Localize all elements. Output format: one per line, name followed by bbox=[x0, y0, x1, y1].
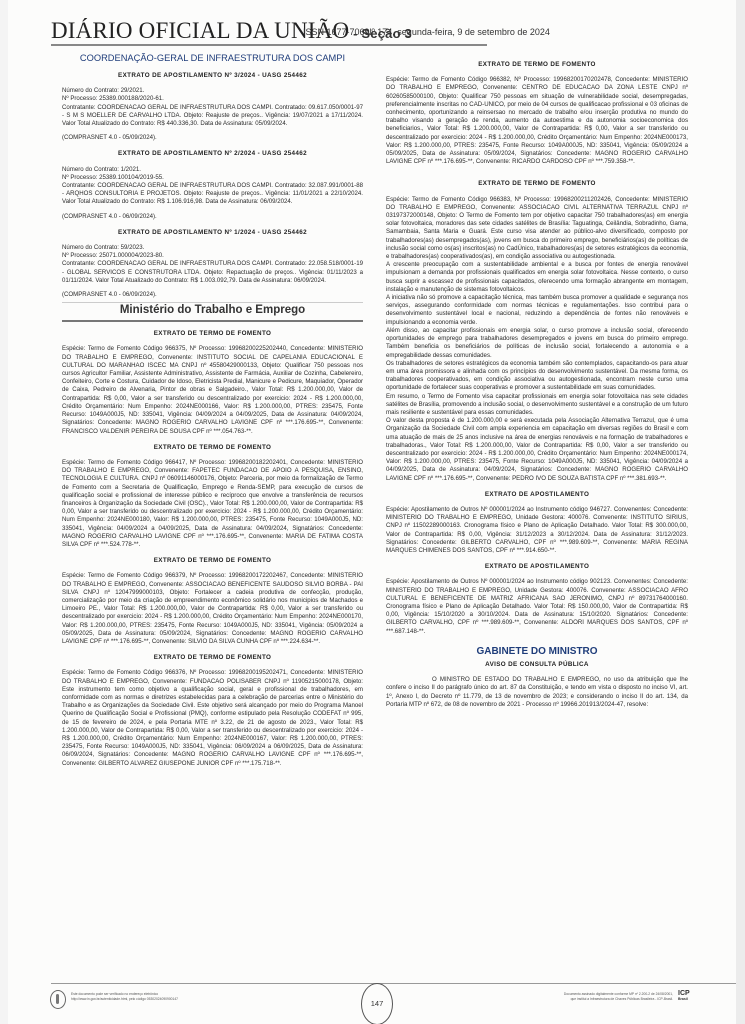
signature-note: Documento assinado digitalmente conforme… bbox=[483, 992, 673, 1002]
extract-title: EXTRATO DE TERMO DE FOMENTO bbox=[62, 654, 363, 662]
agency-heading: COORDENAÇÃO-GERAL DE INFRAESTRUTURA DOS … bbox=[62, 53, 363, 64]
extract-title: EXTRATO DE APOSTILAMENTO bbox=[386, 491, 688, 499]
contract-number: Número do Contrato: 59/2023. bbox=[62, 244, 363, 252]
extract-body: Contratante: COORDENACAO GERAL DE INFRAE… bbox=[62, 182, 363, 207]
signature-line-2: que institui a Infraestrutura de Chaves … bbox=[483, 997, 673, 1002]
extract-termo-fomento-966382: EXTRATO DE TERMO DE FOMENTO Espécie: Ter… bbox=[386, 61, 688, 166]
republic-emblem-icon bbox=[50, 990, 66, 1009]
extract-apostilamento-902123: EXTRATO DE APOSTILAMENTO Espécie: Aposti… bbox=[386, 563, 688, 636]
verification-link[interactable]: http://www.in.gov.br/autenticidade.html,… bbox=[71, 997, 178, 1002]
extract-title: EXTRATO DE APOSTILAMENTO Nº 1/2024 - UAS… bbox=[62, 229, 363, 237]
verification-note: Este documento pode ser verificado no en… bbox=[71, 992, 178, 1002]
gabinete-heading: GABINETE DO MINISTRO bbox=[386, 648, 688, 656]
document-page: DIÁRIO OFICIAL DA UNIÃO - Seção 3 ISSN 1… bbox=[8, 0, 736, 1024]
extract-paragraph: A crescente preocupação com a sustentabi… bbox=[386, 261, 688, 294]
page-number: 147 bbox=[361, 983, 393, 1024]
source-note: (COMPRASNET 4.0 - 06/09/2024). bbox=[62, 291, 363, 299]
extract-title: AVISO DE CONSULTA PÚBLICA bbox=[386, 661, 688, 669]
extract-title: EXTRATO DE TERMO DE FOMENTO bbox=[386, 180, 688, 188]
source-note: (COMPRASNET 4.0 - 05/09/2024). bbox=[62, 134, 363, 142]
issn: ISSN 1677-7069 bbox=[303, 27, 370, 37]
extract-body: Espécie: Termo de Fomento Código 966417,… bbox=[62, 459, 363, 549]
extract-body: Espécie: Termo de Fomento Código 966379,… bbox=[62, 572, 363, 646]
extract-termo-fomento-966376: EXTRATO DE TERMO DE FOMENTO Espécie: Ter… bbox=[62, 654, 363, 768]
extract-title: EXTRATO DE TERMO DE FOMENTO bbox=[62, 557, 363, 565]
icp-logo-top: ICP bbox=[678, 990, 690, 997]
ministry-heading: Ministério do Trabalho e Emprego bbox=[62, 302, 363, 322]
extract-paragraph: Os trabalhadores de setores estratégicos… bbox=[386, 360, 688, 393]
extract-body: Espécie: Apostilamento de Outros Nº 0000… bbox=[386, 506, 688, 555]
extract-apostilamento-946727: EXTRATO DE APOSTILAMENTO Espécie: Aposti… bbox=[386, 491, 688, 555]
extract-title: EXTRATO DE TERMO DE FOMENTO bbox=[386, 61, 688, 69]
extract-title: EXTRATO DE APOSTILAMENTO Nº 2/2024 - UAS… bbox=[62, 150, 363, 158]
issue-date: Nº 174, segunda-feira, 9 de setembro de … bbox=[365, 27, 550, 37]
extract-paragraph: Em resumo, o Termo de Fomento visa capac… bbox=[386, 393, 688, 418]
extract-apostilamento-3: EXTRATO DE APOSTILAMENTO Nº 3/2024 - UAS… bbox=[62, 72, 363, 142]
source-note: (COMPRASNET 4.0 - 06/09/2024). bbox=[62, 213, 363, 221]
extract-paragraph: A iniciativa não só promove a capacitaçã… bbox=[386, 294, 688, 327]
extract-body: Contratante: COORDENACAO GERAL DE INFRAE… bbox=[62, 104, 363, 129]
extract-termo-fomento-966375: EXTRATO DE TERMO DE FOMENTO Espécie: Ter… bbox=[62, 330, 363, 435]
extract-title: EXTRATO DE APOSTILAMENTO bbox=[386, 563, 688, 571]
extract-title: EXTRATO DE TERMO DE FOMENTO bbox=[62, 444, 363, 452]
extract-termo-fomento-966379: EXTRATO DE TERMO DE FOMENTO Espécie: Ter… bbox=[62, 557, 363, 646]
extract-paragraph: Espécie: Termo de Fomento Código 966383,… bbox=[386, 196, 688, 262]
icp-brasil-logo-icon: ICP Brasil bbox=[678, 990, 690, 1001]
extract-title: EXTRATO DE TERMO DE FOMENTO bbox=[62, 330, 363, 338]
process-number: Nº Processo: 25071.000004/2023-80. bbox=[62, 252, 363, 260]
extract-body: Espécie: Termo de Fomento Código 966382,… bbox=[386, 76, 688, 166]
contract-number: Número do Contrato: 1/2021. bbox=[62, 166, 363, 174]
extract-apostilamento-1: EXTRATO DE APOSTILAMENTO Nº 1/2024 - UAS… bbox=[62, 229, 363, 299]
extract-body: Espécie: Termo de Fomento Código 966375,… bbox=[62, 345, 363, 435]
contract-number: Número do Contrato: 29/2021. bbox=[62, 87, 363, 95]
process-number: Nº Processo: 25389.000188/2020-61. bbox=[62, 95, 363, 103]
extract-body: Contratante: COORDENACAO GERAL DE INFRAE… bbox=[62, 260, 363, 285]
vertical-scrollbar[interactable] bbox=[736, 0, 745, 1024]
extract-body: Espécie: Apostilamento de Outros Nº 0000… bbox=[386, 578, 688, 635]
extract-apostilamento-2: EXTRATO DE APOSTILAMENTO Nº 2/2024 - UAS… bbox=[62, 150, 363, 220]
extract-paragraph: O valor desta proposta é de 1.200.000,00… bbox=[386, 417, 688, 483]
extract-body: Espécie: Termo de Fomento Código 966376,… bbox=[62, 669, 363, 767]
extract-paragraph: Além disso, ao capacitar profissionais e… bbox=[386, 327, 688, 360]
header-rule bbox=[51, 44, 487, 46]
aviso-consulta-publica: AVISO DE CONSULTA PÚBLICA O MINISTRO DE … bbox=[386, 661, 688, 709]
extract-title: EXTRATO DE APOSTILAMENTO Nº 3/2024 - UAS… bbox=[62, 72, 363, 80]
extract-termo-fomento-966383: EXTRATO DE TERMO DE FOMENTO Espécie: Ter… bbox=[386, 180, 688, 482]
extract-termo-fomento-966417: EXTRATO DE TERMO DE FOMENTO Espécie: Ter… bbox=[62, 444, 363, 549]
process-number: Nº Processo: 25389.100104/2019-55. bbox=[62, 174, 363, 182]
icp-logo-bottom: Brasil bbox=[678, 997, 690, 1001]
right-column: EXTRATO DE TERMO DE FOMENTO Espécie: Ter… bbox=[386, 61, 688, 709]
footer-rule bbox=[51, 983, 739, 984]
aviso-body: O MINISTRO DE ESTADO DO TRABALHO E EMPRE… bbox=[386, 676, 688, 709]
left-column: COORDENAÇÃO-GERAL DE INFRAESTRUTURA DOS … bbox=[62, 52, 363, 768]
